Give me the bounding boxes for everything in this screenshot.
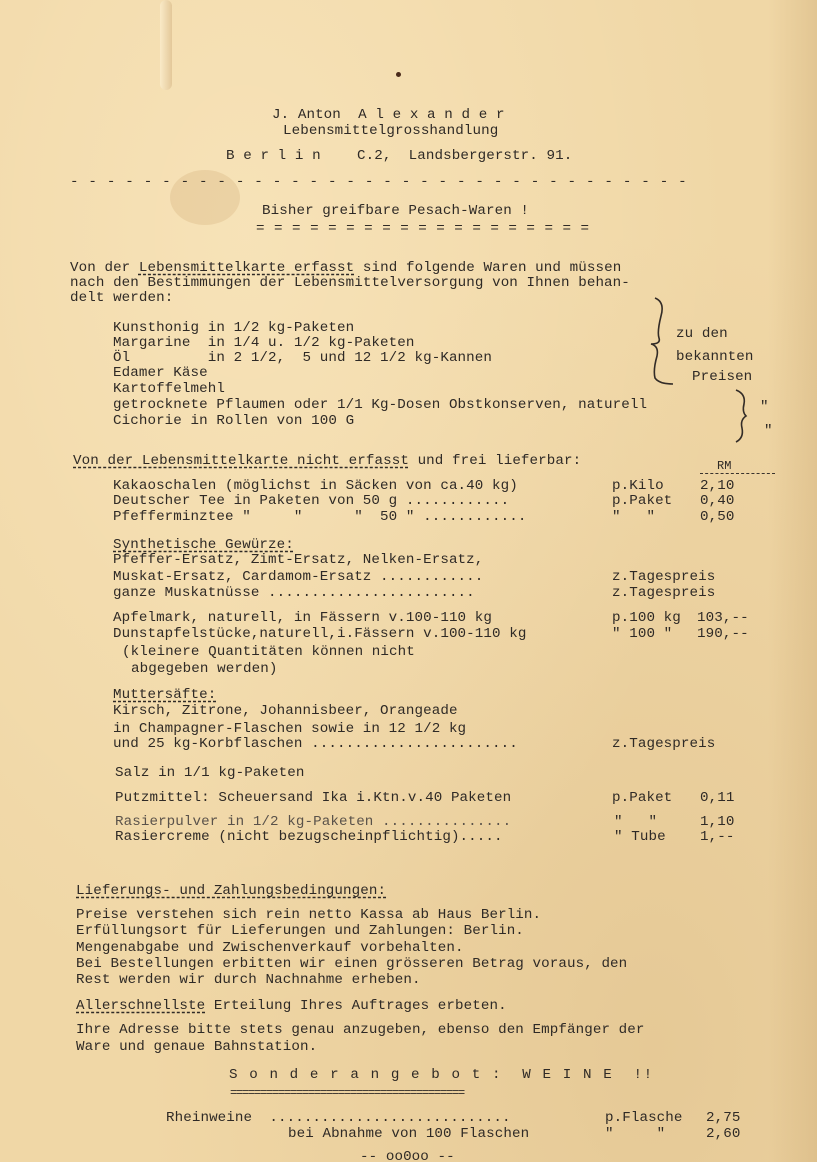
product-price: 0,11 xyxy=(700,791,734,805)
product-unit: z.Tagespreis xyxy=(612,570,715,584)
currency-rule xyxy=(700,473,775,474)
ink-dot xyxy=(396,72,401,77)
address-note: Ware und genaue Bahnstation. xyxy=(76,1040,317,1054)
product-item: Pfefferminztee " " " 50 " ............ xyxy=(113,510,526,524)
product-unit: p.Kilo xyxy=(612,479,664,493)
terms-heading: Lieferungs- und Zahlungsbedingungen: xyxy=(76,884,386,898)
product-item: ganze Muskatnüsse ......................… xyxy=(113,586,475,600)
urgent-order-note: Allerschnellste Erteilung Ihres Auftrage… xyxy=(76,999,507,1013)
rationed-item: Edamer Käse xyxy=(113,366,208,380)
rationed-item: Kartoffelmehl xyxy=(113,382,225,396)
juices-heading: Muttersäfte: xyxy=(113,688,216,702)
apple-note: (kleinere Quantitäten können nicht xyxy=(122,645,415,659)
product-price: 190,-- xyxy=(697,627,749,641)
product-unit: " 100 " xyxy=(612,627,672,641)
paper-crease xyxy=(160,0,172,90)
wine-bulk-item: bei Abnahme von 100 Flaschen xyxy=(288,1127,529,1141)
special-offer-underline: ======================================= xyxy=(230,1086,464,1100)
terms-line: Bei Bestellungen erbitten wir einen grös… xyxy=(76,957,627,971)
product-item: Rasierpulver in 1/2 kg-Paketen .........… xyxy=(115,815,511,829)
product-price: 1,-- xyxy=(700,830,734,844)
address-note: Ihre Adresse bitte stets genau anzugeben… xyxy=(76,1023,645,1037)
product-price: 103,-- xyxy=(697,611,749,625)
rationed-item: Margarine in 1/4 u. 1/2 kg-Paketen xyxy=(113,336,415,350)
document-title: Bisher greifbare Pesach-Waren ! xyxy=(262,204,529,218)
closing-mark: -- oo0oo -- xyxy=(360,1150,455,1162)
ditto-mark: " xyxy=(764,424,773,438)
price-note-line-3: Preisen xyxy=(692,370,752,384)
product-unit: " " xyxy=(614,815,657,829)
wine-price: 2,75 xyxy=(706,1111,740,1125)
product-price: 2,10 xyxy=(700,479,734,493)
product-unit: p.Paket xyxy=(612,791,672,805)
product-unit: p.Paket xyxy=(612,494,672,508)
terms-line: Erfüllungsort für Lieferungen und Zahlun… xyxy=(76,924,524,938)
product-price: 1,10 xyxy=(700,815,734,829)
product-item: Putzmittel: Scheuersand Ika i.Ktn.v.40 P… xyxy=(115,791,511,805)
rationed-item: Cichorie in Rollen von 100 G xyxy=(113,414,354,428)
product-item: Rasiercreme (nicht bezugscheinpflichtig)… xyxy=(115,830,503,844)
product-unit: " " xyxy=(612,510,655,524)
rationed-item: Kunsthonig in 1/2 kg-Paketen xyxy=(113,321,354,335)
terms-line: Rest werden wir durch Nachnahme erheben. xyxy=(76,973,421,987)
price-note-line-2: bekannten xyxy=(676,350,754,364)
wine-item: Rheinweine ............................ xyxy=(166,1111,511,1125)
left-brace-icon xyxy=(645,296,675,386)
title-underline: = = = = = = = = = = = = = = = = = = = xyxy=(256,222,590,236)
product-item: Kakaoschalen (möglichst in Säcken von ca… xyxy=(113,479,518,493)
product-item: Dunstapfelstücke,naturell,i.Fässern v.10… xyxy=(113,627,526,641)
rationed-item: getrocknete Pflaumen oder 1/1 Kg-Dosen O… xyxy=(113,398,647,412)
city: B e r l i n xyxy=(226,149,321,163)
terms-line: Preise verstehen sich rein netto Kassa a… xyxy=(76,908,541,922)
wine-unit: p.Flasche xyxy=(605,1111,683,1125)
spices-heading: Synthetische Gewürze: xyxy=(113,538,294,552)
product-item: Deutscher Tee in Paketen von 50 g ......… xyxy=(113,494,509,508)
product-item: Kirsch, Zitrone, Johannisbeer, Orangeade xyxy=(113,704,458,718)
rationed-intro-line-2: nach den Bestimmungen der Lebensmittelve… xyxy=(70,276,630,290)
street-address: C.2, Landsbergerstr. 91. xyxy=(357,149,572,163)
price-list-document: J. Anton A l e x a n d e r Lebensmittelg… xyxy=(0,0,817,1162)
wine-bulk-price: 2,60 xyxy=(706,1127,740,1141)
product-unit: p.100 kg xyxy=(612,611,681,625)
product-price: 0,50 xyxy=(700,510,734,524)
product-item: Muskat-Ersatz, Cardamom-Ersatz .........… xyxy=(113,570,483,584)
right-brace-icon xyxy=(734,388,754,444)
product-item: Salz in 1/1 kg-Paketen xyxy=(115,766,305,780)
price-note-line-1: zu den xyxy=(676,327,728,341)
product-unit: " Tube xyxy=(614,830,666,844)
special-offer-heading: S o n d e r a n g e b o t : W E I N E !! xyxy=(229,1068,654,1082)
product-item: in Champagner-Flaschen sowie in 12 1/2 k… xyxy=(113,722,466,736)
rationed-intro-line-1: Von der Lebensmittelkarte erfasst sind f… xyxy=(70,261,621,275)
rationed-intro-line-3: delt werden: xyxy=(70,291,173,305)
company-name: J. Anton A l e x a n d e r xyxy=(272,108,505,122)
product-item: Apfelmark, naturell, in Fässern v.100-11… xyxy=(113,611,492,625)
header-separator: - - - - - - - - - - - - - - - - - - - - … xyxy=(70,175,687,189)
product-unit: z.Tagespreis xyxy=(612,586,715,600)
product-unit: z.Tagespreis xyxy=(612,737,715,751)
business-type: Lebensmittelgrosshandlung xyxy=(283,124,498,138)
ditto-mark: " xyxy=(760,400,769,414)
wine-bulk-unit: " " xyxy=(605,1127,665,1141)
apple-note: abgegeben werden) xyxy=(131,662,277,676)
product-price: 0,40 xyxy=(700,494,734,508)
currency-label: RM xyxy=(717,459,732,473)
product-item: Pfeffer-Ersatz, Zimt-Ersatz, Nelken-Ersa… xyxy=(113,553,483,567)
terms-line: Mengenabgabe und Zwischenverkauf vorbeha… xyxy=(76,941,464,955)
product-item: und 25 kg-Korbflaschen .................… xyxy=(113,737,518,751)
rationed-item: Öl in 2 1/2, 5 und 12 1/2 kg-Kannen xyxy=(113,351,492,365)
free-section-heading: Von der Lebensmittelkarte nicht erfasst … xyxy=(73,454,581,468)
